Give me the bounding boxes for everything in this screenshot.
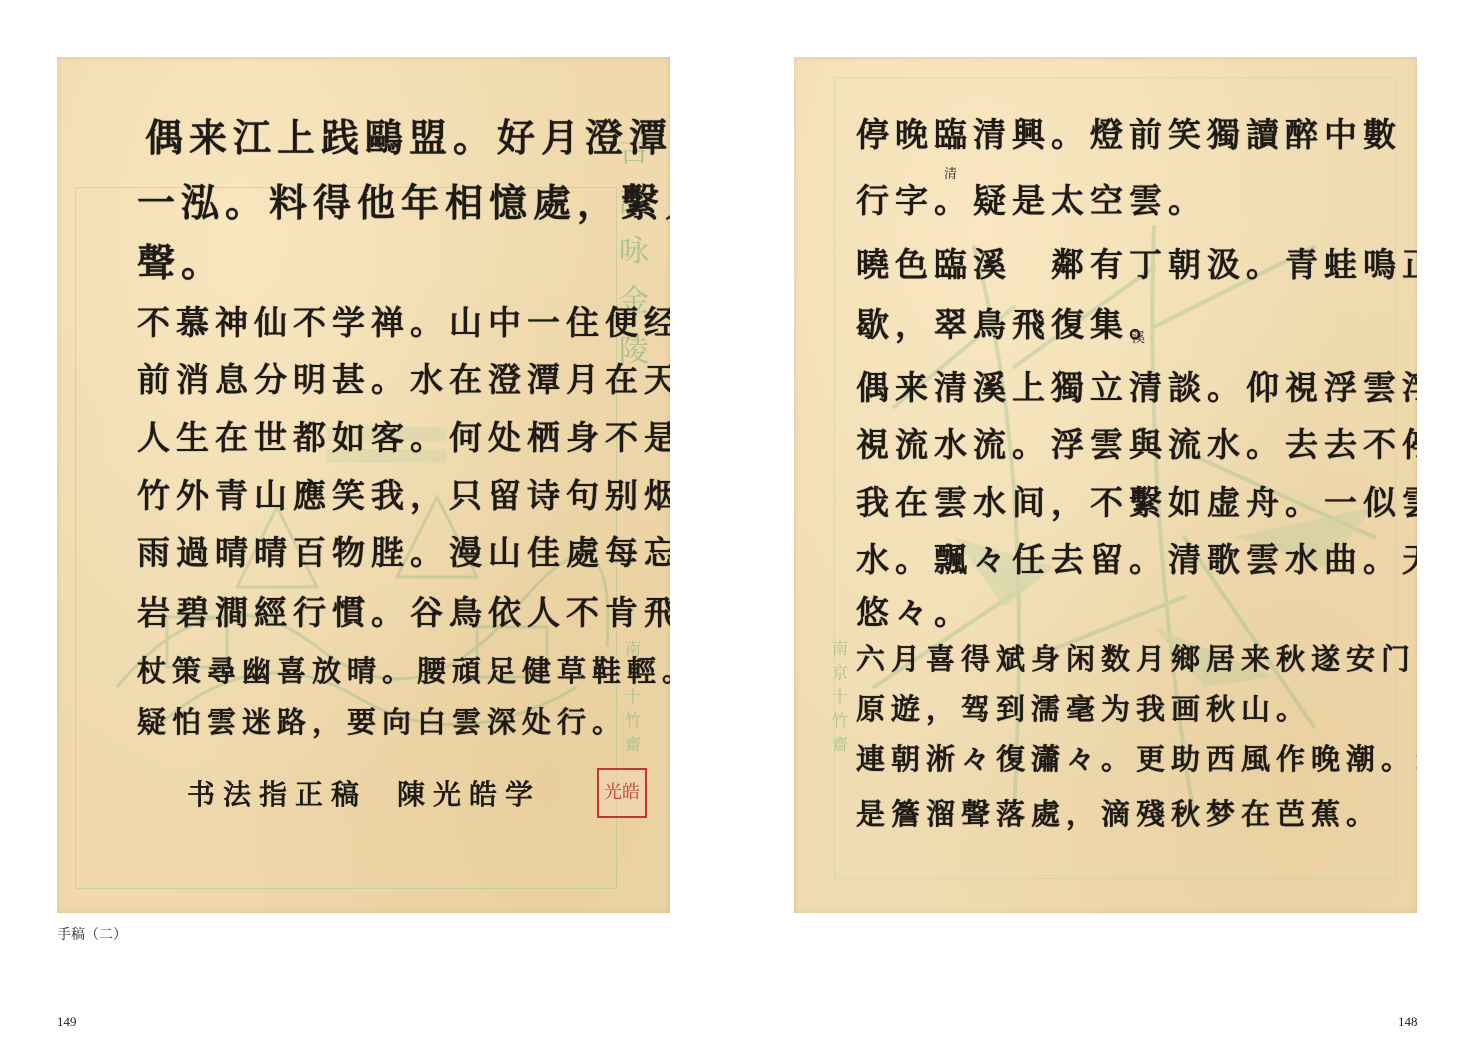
margin-annotation: 溪 — [1132, 327, 1145, 346]
text-line: 聲。 — [137, 232, 225, 287]
text-line: 水。飄々任去留。清歌雲水曲。天地共 — [856, 534, 1417, 581]
text-line: 不慕神仙不学禅。山中一住便经年。眼 — [137, 297, 670, 344]
text-line: 悠々。 — [856, 587, 973, 634]
text-line: 雨過晴晴百物䏶。漫山佳處每忘歸。蒼 — [137, 527, 670, 574]
figure-caption: 手稿（二） — [57, 924, 127, 944]
text-line: 偶来江上践鷗盟。好月澄潭流玉 — [145, 107, 670, 162]
text-line: 岩碧澗經行慣。谷鳥依人不肯飛。 — [137, 587, 670, 634]
page-number-left: 149 — [57, 1014, 77, 1030]
letterhead-publisher: 南 京 十 竹 齋 — [832, 637, 848, 757]
text-line: 杖策尋幽喜放晴。腰頑足健草鞋輕。入山 — [137, 649, 670, 690]
text-line: 行字。疑是太空雲。 — [856, 175, 1207, 222]
text-line: 一泓。料得他年相憶處，繫人魂梦是滩 — [137, 172, 670, 227]
red-seal-icon: 光皓 — [597, 768, 647, 818]
text-line: 偶来清溪上獨立清談。仰視浮雲浮。俯 — [856, 362, 1417, 409]
text-line: 前消息分明甚。水在澄潭月在天。 — [137, 354, 670, 401]
page-number-right: 148 — [1398, 1014, 1418, 1030]
text-line: 竹外青山應笑我，只留诗句别烟霞。 — [137, 470, 670, 517]
text-line: 視流水流。浮雲與流水。去去不停 — [856, 419, 1417, 466]
text-line: 連朝淅々復瀟々。更助西風作晚潮。最 — [856, 737, 1417, 778]
margin-annotation: 清 — [944, 163, 957, 182]
text-line: 原遊，驾到濡毫为我画秋山。 — [856, 687, 1311, 728]
signature-dedication: 书法指正稿 — [187, 773, 367, 813]
text-line: 是簷溜聲落處，滴殘秋梦在芭蕉。 — [856, 792, 1381, 833]
text-line: 六月喜得斌身闲数月鄉居来秋遂安门南 — [856, 637, 1417, 678]
text-line: 疑怕雲迷路，要向白雲深处行。 — [137, 700, 627, 741]
text-line: 我在雲水间，不繫如虚舟。一似雲与 — [856, 477, 1417, 524]
signature-author: 陳光皓学 — [397, 773, 541, 813]
text-line: 人生在世都如客。何处栖身不是家。 — [137, 412, 670, 459]
text-line: 停晚臨清興。燈前笑獨讀醉中數 — [856, 109, 1402, 156]
text-line: 曉色臨溪 鄰有丁朝汲。青蛙鳴正 — [856, 239, 1417, 286]
manuscript-page-left: 古 詩 咏 金 陵 南 京 十 竹 齋 偶来江上践鷗盟。好月澄潭流玉 一泓。料得… — [57, 57, 670, 913]
manuscript-page-right: 南 京 十 竹 齋 停晚臨清興。燈前笑獨讀醉中數 行字。疑是太空雲。 曉色臨溪 … — [794, 57, 1417, 913]
text-line: 歇，翠鳥飛復集。 — [856, 299, 1168, 346]
